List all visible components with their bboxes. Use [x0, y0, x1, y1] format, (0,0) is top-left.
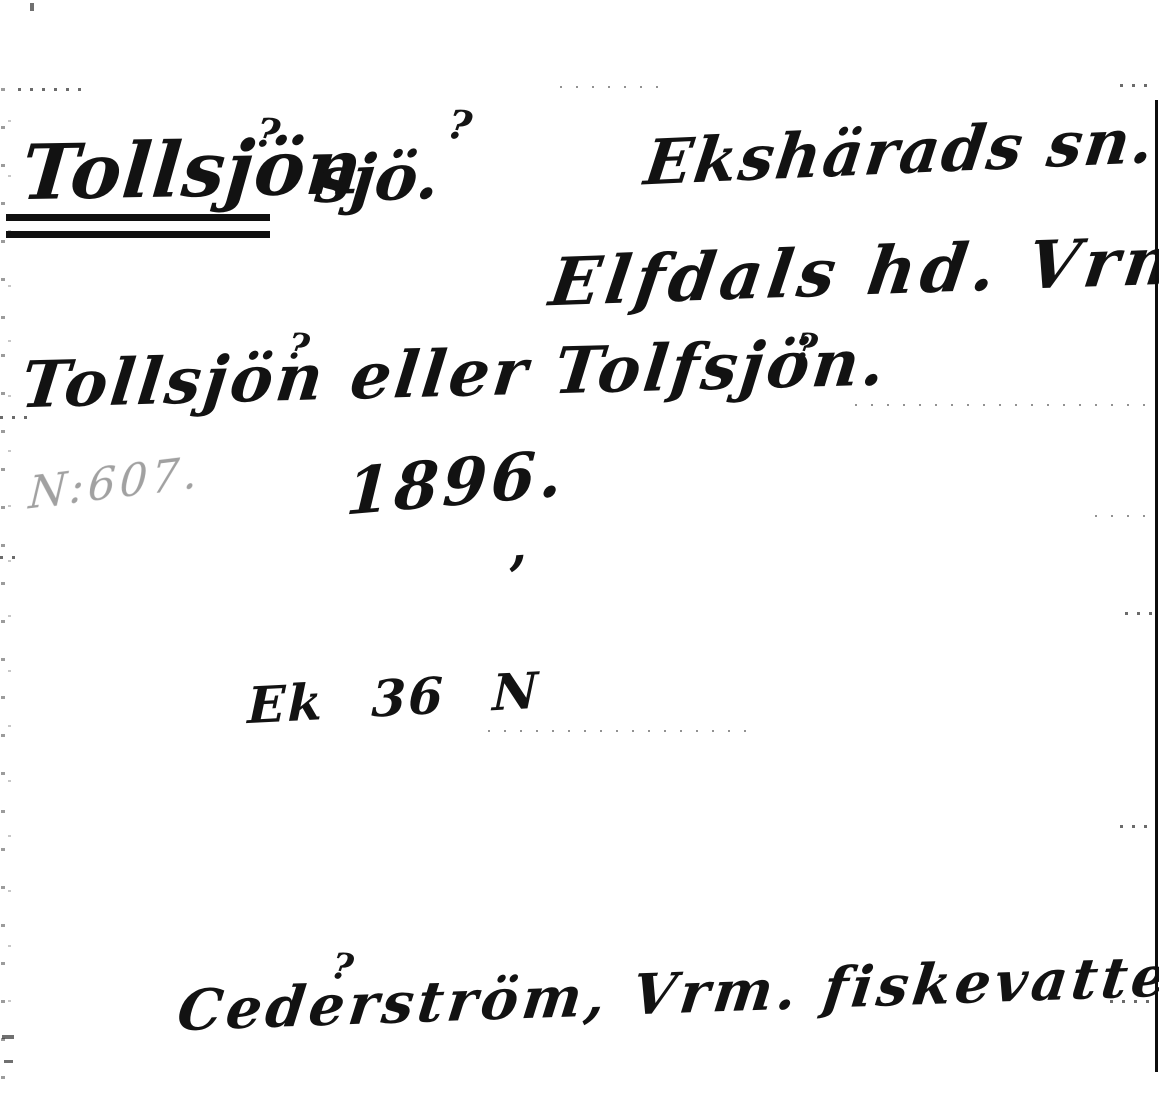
ruled-line-remnant: [560, 86, 660, 88]
ruled-line-remnant: [1120, 84, 1156, 87]
category-label: sjö.: [312, 139, 443, 219]
index-card: Tollsjön sjö. ? ? Ekshärads sn. Elfdals …: [0, 0, 1159, 1105]
ruled-line-remnant: [488, 730, 758, 732]
ruled-line-remnant: [855, 404, 1155, 406]
year-comma: ,: [506, 515, 528, 577]
scan-speck: [4, 1060, 13, 1063]
variants-line: Tollsjön eller Tolfsjön.: [17, 325, 891, 423]
ruled-line-remnant: [1125, 612, 1155, 615]
question-mark: ?: [445, 101, 475, 151]
ruled-line-remnant: [1110, 1000, 1150, 1003]
ruled-line-remnant: [1095, 515, 1155, 517]
scan-noise-left-edge: [8, 120, 11, 1020]
ruled-line-remnant: [18, 88, 88, 91]
year: 1896.: [344, 436, 568, 531]
headword-double-underline: [6, 214, 270, 238]
scan-speck: [2, 1035, 14, 1039]
source-line: Cederström, Vrm. fiskevatten.: [174, 941, 1159, 1044]
scan-noise-left-edge: [1, 88, 5, 1088]
scan-edge-line-right: [1155, 100, 1158, 1072]
map-reference: Ek 36 N: [247, 661, 540, 735]
parish-line: Ekshärads sn.: [640, 104, 1159, 200]
ruled-line-remnant: [0, 416, 28, 419]
scan-speck: [30, 3, 34, 11]
ruled-line-remnant: [1120, 825, 1154, 828]
district-line: Elfdals hd. Vrm.: [545, 219, 1159, 321]
ruled-line-remnant: [0, 556, 22, 559]
record-number-faint: N:607.: [27, 447, 202, 520]
